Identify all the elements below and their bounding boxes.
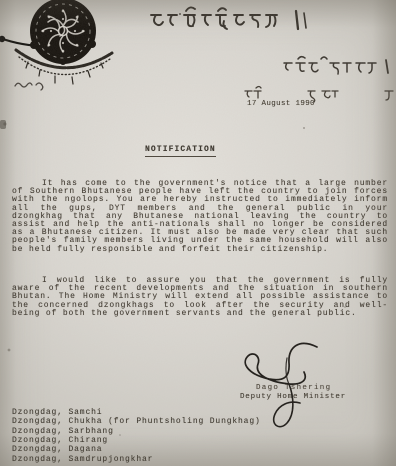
distribution-list: Dzongdag, SamchiDzongdag, Chukha (for Ph… — [12, 408, 261, 464]
distribution-item: Dzongdag, Sarbhang — [12, 427, 261, 436]
distribution-item: Dzongdag, Chukha (for Phuntsholing Dungk… — [12, 417, 261, 426]
distribution-item: Dzongdag, Samchi — [12, 408, 261, 417]
text-line: being of both the government servants an… — [12, 310, 388, 318]
date-text: 17 August 1990 — [247, 100, 315, 108]
edge-smudge — [0, 120, 6, 129]
letter-number-script — [15, 83, 43, 90]
royal-seal-emblem — [30, 0, 96, 65]
paragraph-1: It has come to the government's notice t… — [12, 180, 388, 254]
notification-heading: NOTIFICATION — [145, 145, 216, 157]
text-line: be held fully responsible and forfeit th… — [12, 246, 388, 254]
distribution-item: Dzongdag, Dagana — [12, 445, 261, 454]
paragraph-2: I would like to assure you that the gove… — [12, 277, 388, 318]
dzongkha-ministry-script — [151, 7, 306, 29]
signatory-title: Deputy Home Minister — [240, 393, 346, 401]
scanned-letter-page: 17 August 1990 NOTIFICATION It has come … — [0, 0, 396, 466]
signatory-name: Dago Tshering — [256, 384, 331, 392]
dzongkha-place-script — [284, 57, 388, 74]
dzongkha-seal-arc-script — [16, 50, 112, 84]
distribution-item: Dzongdag, Chirang — [12, 436, 261, 445]
scan-artifact-line — [0, 36, 67, 47]
distribution-item: Dzongdag, Samdrupjongkhar — [12, 455, 261, 464]
